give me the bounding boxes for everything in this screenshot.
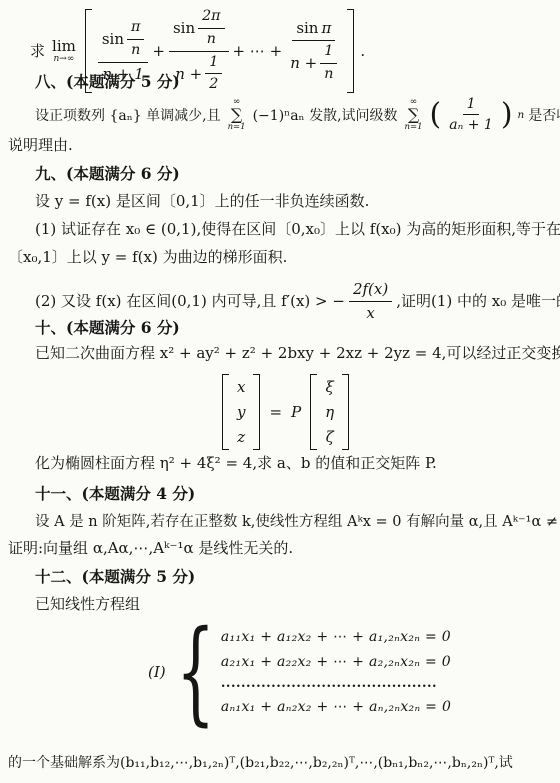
plus-sign: +: [152, 42, 165, 61]
big-right-paren: ): [501, 100, 513, 130]
limit-operator: lim n→∞: [52, 39, 76, 64]
vector-right-bracket: [342, 374, 349, 450]
problem11-line1: 设 A 是 n 阶矩阵,若存在正整数 k,使线性方程组 Aᵏx = 0 有解向量…: [35, 510, 560, 531]
problem11-heading: 十一、(本题满分 4 分): [35, 484, 195, 503]
big-left-paren: (: [430, 100, 442, 130]
p8-fraction: 1 aₙ + 1: [445, 96, 497, 133]
p8-text-2: (−1)ⁿaₙ 发散,试问级数: [253, 105, 398, 125]
problem9-part1-line2: 〔x₀,1〕上以 y = f(x) 为曲边的梯形面积.: [8, 248, 287, 267]
problem9-line1: 设 y = f(x) 是区间〔0,1〕上的任一非负连续函数.: [35, 192, 369, 211]
p7-fraction-3: sin π n + 1 n: [286, 19, 341, 83]
p7-lead-text: 求: [30, 42, 45, 61]
exponent-n: n: [518, 109, 525, 121]
p8-text-3: 是否收敛?并: [528, 105, 560, 125]
problem9-part1-line1: (1) 试证存在 x₀ ∈ (0,1),使得在区间〔0,x₀〕上以 f(x₀) …: [35, 220, 560, 239]
summation-1: ∞ ∑ n=1: [228, 98, 246, 132]
problem12-intro: 已知线性方程组: [35, 595, 140, 614]
sin-word: sin: [173, 19, 195, 38]
sin-word: sin: [296, 19, 318, 38]
scanned-exam-page: 求 lim n→∞ sin π n n + 1 + sin 2π n: [0, 0, 560, 783]
vector-left-bracket: [222, 374, 229, 450]
problem8-statement: 设正项数列 {aₙ} 单调减少,且 ∞ ∑ n=1 (−1)ⁿaₙ 发散,试问级…: [35, 96, 560, 133]
system-ellipsis-row: ........................................…: [221, 679, 451, 689]
problem10-matrix-equation: x y z = P ξ η ζ: [222, 374, 349, 450]
system-equation-2: a₂₁x₁ + a₂₂x₂ + ⋯ + a₂,₂ₙx₂ₙ = 0: [221, 654, 451, 670]
problem10-heading: 十、(本题满分 6 分): [35, 318, 180, 337]
problem10-line1: 已知二次曲面方程 x² + ay² + z² + 2bxy + 2xz + 2y…: [35, 344, 560, 363]
vector-left-bracket: [310, 374, 317, 450]
problem11-line2: 证明:向量组 α,Aα,⋯,Aᵏ⁻¹α 是线性无关的.: [8, 539, 293, 558]
greek-column-vector: ξ η ζ: [310, 374, 349, 450]
p9-part2-text-a: (2) 又设 f(x) 在区间(0,1) 内可导,且 f′(x) > −: [35, 292, 345, 311]
lim-subscript: n→∞: [54, 55, 75, 64]
summation-2: ∞ ∑ n=1: [405, 98, 423, 132]
system-label: (I): [148, 663, 166, 681]
problem8-heading: 八、(本题满分 5 分): [35, 72, 180, 91]
xyz-column-vector: x y z: [222, 374, 260, 450]
right-bracket: [347, 9, 354, 93]
equation-system: (I) { a₁₁x₁ + a₁₂x₂ + ⋯ + a₁,₂ₙx₂ₙ = 0 a…: [148, 616, 451, 728]
inner-frac-pi-n: π n: [127, 19, 144, 60]
matrix-P: P: [291, 403, 301, 422]
system-equation-1: a₁₁x₁ + a₁₂x₂ + ⋯ + a₁,₂ₙx₂ₙ = 0: [221, 629, 451, 645]
problem9-part2: (2) 又设 f(x) 在区间(0,1) 内可导,且 f′(x) > − 2f(…: [35, 280, 560, 323]
p9-fraction: 2f(x) x: [349, 280, 392, 323]
period: .: [360, 42, 365, 61]
problem9-heading: 九、(本题满分 6 分): [35, 164, 180, 183]
vector-right-bracket: [253, 374, 260, 450]
lim-word: lim: [52, 39, 76, 54]
problem8-statement-line2: 说明理由.: [8, 136, 73, 155]
inner-frac-1-2: 1 2: [205, 54, 222, 95]
problem10-line2: 化为椭圆柱面方程 η² + 4ξ² = 4,求 a、b 的值和正交矩阵 P.: [35, 454, 437, 473]
sin-word: sin: [102, 30, 124, 49]
inner-frac-2pi-n: 2π n: [198, 8, 224, 49]
inner-frac-1-n: 1 n: [320, 43, 337, 84]
system-brace: {: [176, 616, 215, 728]
problem12-heading: 十二、(本题满分 5 分): [35, 567, 195, 586]
pi-arg: π: [321, 19, 331, 38]
equals-sign: =: [269, 403, 282, 422]
system-equation-n: aₙ₁x₁ + aₙ₂x₂ + ⋯ + aₙ,₂ₙx₂ₙ = 0: [221, 699, 451, 715]
problem12-outro: 的一个基础解系为(b₁₁,b₁₂,⋯,b₁,₂ₙ)ᵀ,(b₂₁,b₂₂,⋯,b₂…: [8, 752, 513, 772]
p9-part2-text-b: ,证明(1) 中的 x₀ 是唯一的.: [396, 292, 560, 311]
p8-text-1: 设正项数列 {aₙ} 单调减少,且: [35, 105, 221, 125]
plus-ellipsis: + ⋯ +: [233, 42, 283, 61]
